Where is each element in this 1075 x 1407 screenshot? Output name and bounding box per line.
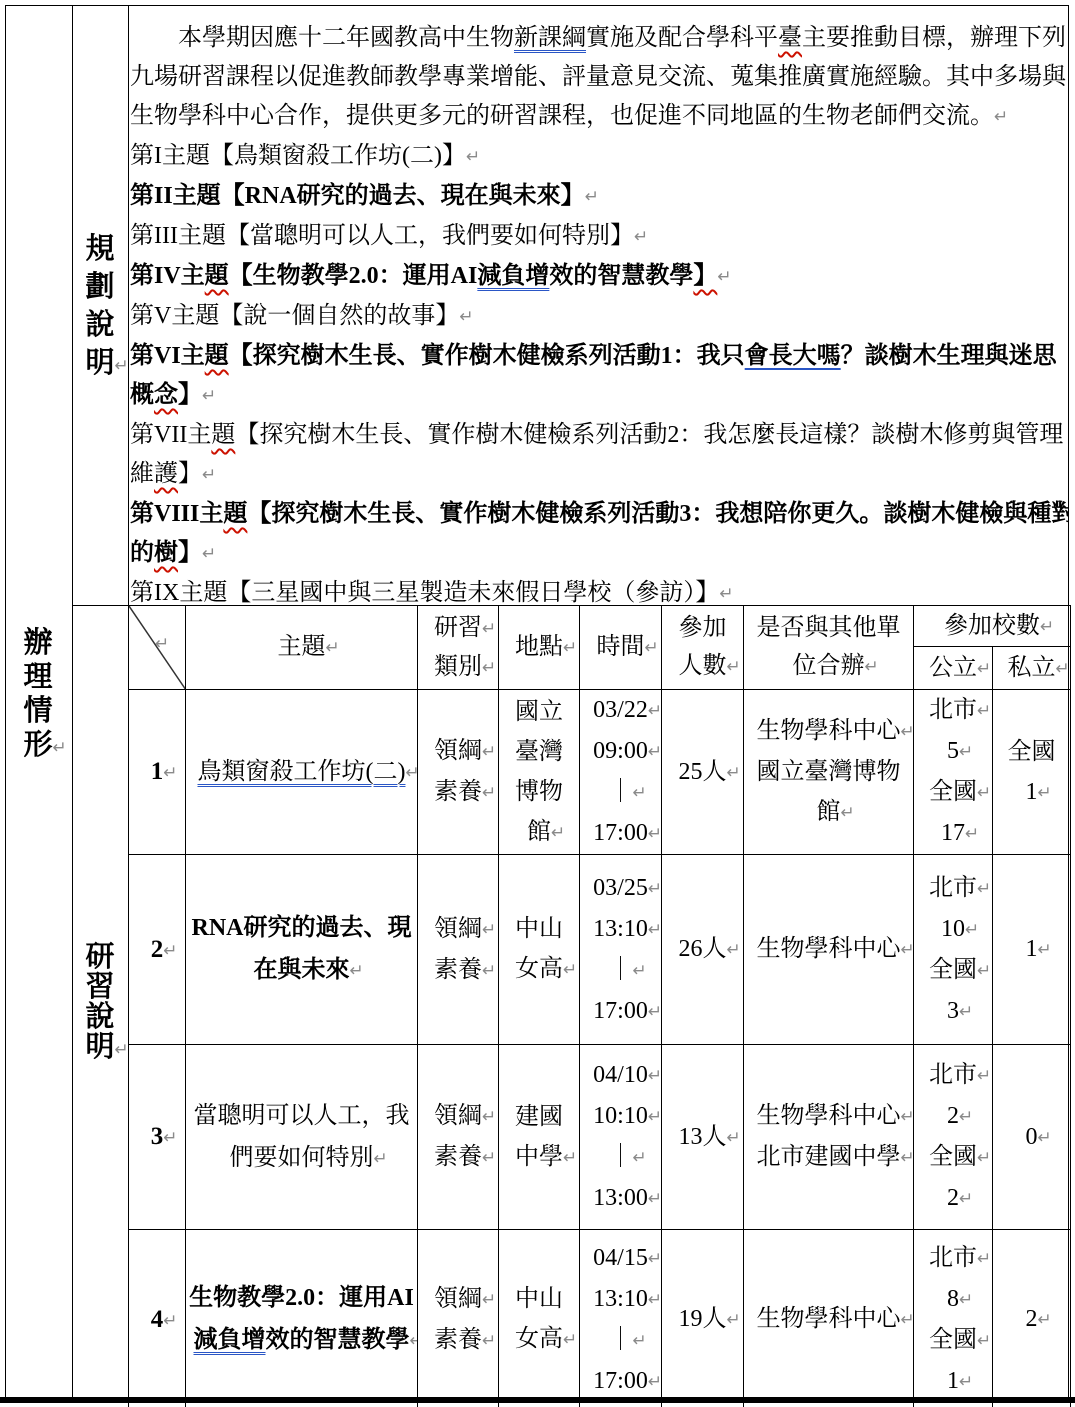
vertical-label-char: 理 bbox=[6, 660, 70, 694]
cell-line: 館↵ bbox=[499, 812, 579, 853]
vertical-label-char: 習 bbox=[73, 972, 127, 1002]
category-cell: 領綱↵素養↵ bbox=[418, 1230, 499, 1407]
text-run: 主要推動目標，辦理下列 bbox=[802, 25, 1066, 51]
text-run: 生物學科中心 bbox=[757, 1306, 901, 1332]
cell-line: 03/22↵ bbox=[580, 690, 661, 731]
cell-line: 類別↵ bbox=[418, 648, 498, 687]
cell-line: 人數↵ bbox=[662, 647, 743, 686]
vertical-label-char: 明↵ bbox=[73, 1032, 127, 1065]
coorg-cell: 生物學科中心↵ bbox=[744, 1230, 914, 1407]
text-run: 10 bbox=[941, 916, 965, 942]
table-row: 1↵鳥類窗殺工作坊(二)↵領綱↵素養↵國立臺灣博物館↵03/22↵09:00↵｜… bbox=[129, 690, 1071, 855]
cell-line: ｜↵ bbox=[580, 950, 661, 991]
text-run: 【探究樹木生長、實作樹木健檢系列活動1：我只 bbox=[229, 343, 745, 369]
text-run: 女高 bbox=[515, 1326, 563, 1352]
text-run: 實施及配合學科 bbox=[586, 25, 754, 51]
text-run: 效的智慧教學 bbox=[549, 263, 693, 289]
cell-line: 時間↵ bbox=[580, 628, 661, 667]
header-topic: 主題↵ bbox=[186, 606, 418, 690]
text-run: 會長大嗎 bbox=[745, 343, 841, 369]
text-run: 中山 bbox=[515, 1286, 563, 1312]
text-run: 新課綱 bbox=[514, 25, 586, 51]
text-run: 04/10 bbox=[593, 1062, 648, 1088]
table-header-row: ↵ 主題↵ 研習↵類別↵ 地點↵ 時間↵ 參加人數↵ 是否與其他單位合辦↵ 參加… bbox=[129, 606, 1071, 647]
private-schools-cell: 全國1↵ bbox=[993, 690, 1071, 855]
planning-line: 本學期因應十二年國教高中生物新課綱實施及配合學科平臺主要推動目標，辦理下列 bbox=[130, 19, 1069, 58]
cell-line: 生物學科中心↵ bbox=[744, 929, 913, 970]
text-run: 的 bbox=[130, 540, 154, 566]
text-run: 03/22 bbox=[593, 697, 648, 723]
category-cell: 領綱↵素養↵ bbox=[418, 690, 499, 855]
text-run: 生物學科中心 bbox=[757, 718, 901, 744]
text-run: 博物 bbox=[515, 779, 563, 805]
header-participants: 參加人數↵ bbox=[662, 606, 744, 690]
planning-line: 維護】↵ bbox=[130, 455, 1069, 495]
cell-line: 2↵ bbox=[914, 1096, 992, 1137]
text-run: 17 bbox=[941, 820, 965, 846]
text-run: 樹 bbox=[154, 540, 178, 566]
text-run: 素養 bbox=[434, 1144, 482, 1170]
cell-line: ｜↵ bbox=[580, 1137, 661, 1178]
time-cell: 04/15↵13:10↵｜↵17:00↵ bbox=[580, 1230, 662, 1407]
text-run: 第IX主題【三星國中與三星製造未來假日學校（參訪）】 bbox=[130, 580, 719, 604]
text-run: 第VI主 bbox=[130, 343, 205, 369]
planning-line: 的樹】↵ bbox=[130, 534, 1069, 574]
planning-line: 第II主題【RNA研究的過去、現在與未來】↵ bbox=[130, 177, 1069, 217]
cell-line: 全國↵ bbox=[914, 950, 992, 991]
cell-line: 當聰明可以人工，我 bbox=[186, 1095, 417, 1137]
location-cell: 中山女高↵ bbox=[499, 1230, 580, 1407]
text-run: 領綱 bbox=[434, 1103, 482, 1129]
cell-line: 10:10↵ bbox=[580, 1096, 661, 1137]
text-run: 減負增 bbox=[194, 1327, 266, 1353]
text-run: 【探究樹木生長、實作樹木健檢系列活動3：我想陪你更久。談樹木健檢與種對 bbox=[247, 501, 1069, 527]
text-run: 館 bbox=[527, 819, 551, 845]
workshop-table: ↵ 主題↵ 研習↵類別↵ 地點↵ 時間↵ 參加人數↵ 是否與其他單位合辦↵ 參加… bbox=[128, 605, 1071, 1407]
text-run: 第VIII主 bbox=[130, 501, 223, 527]
cell-line: 地點↵ bbox=[499, 628, 579, 667]
topic-link[interactable]: 鳥類窗殺工作坊(二) bbox=[198, 759, 406, 785]
coorg-cell: 生物學科中心↵國立臺灣博物館↵ bbox=[744, 690, 914, 855]
text-run: 2 bbox=[947, 1103, 959, 1129]
cell-line: RNA研究的過去、現 bbox=[186, 907, 417, 949]
planning-line: 第I主題【鳥類窗殺工作坊(二)】↵ bbox=[130, 137, 1069, 177]
vertical-label-char: 說 bbox=[73, 1002, 127, 1032]
planning-line: 第III主題【當聰明可以人工，我們要如何特別】↵ bbox=[130, 217, 1069, 257]
vertical-label-char: 情 bbox=[6, 694, 70, 728]
cell-line: 博物 bbox=[499, 772, 579, 812]
text-run: 素養 bbox=[434, 1327, 482, 1353]
text-run: 生物學科中心 bbox=[757, 1103, 901, 1129]
text-run: RNA研究的過去、現 bbox=[192, 915, 412, 941]
cell-line: 北市↵ bbox=[914, 1238, 992, 1279]
cell-line: 鳥類窗殺工作坊(二)↵ bbox=[186, 751, 417, 794]
text-run: 第IV主 bbox=[130, 263, 205, 289]
cell-line: 26人↵ bbox=[662, 929, 743, 970]
private-schools-cell: 1↵ bbox=[993, 855, 1071, 1045]
text-run: 】 bbox=[178, 461, 202, 487]
coorg-cell: 生物學科中心↵北市建國中學↵ bbox=[744, 1045, 914, 1230]
cell-line: 17:00↵ bbox=[580, 813, 661, 854]
cell-line: 1↵ bbox=[993, 929, 1070, 970]
text-run: 1 bbox=[1026, 936, 1038, 962]
text-run: 17:00 bbox=[593, 998, 648, 1024]
text-run: 念 bbox=[154, 382, 178, 408]
text-run: 5 bbox=[947, 738, 959, 764]
text-run: 2 bbox=[947, 1185, 959, 1211]
text-run: 13:10 bbox=[593, 1286, 648, 1312]
text-run: 國立 bbox=[515, 699, 563, 725]
cell-line: ｜↵ bbox=[580, 1320, 661, 1361]
cell-line: 北市↵ bbox=[914, 868, 992, 909]
planning-section-label: 規劃說明↵ bbox=[73, 230, 127, 385]
cell-line: 13:00↵ bbox=[580, 1178, 661, 1219]
cell-line: 17:00↵ bbox=[580, 991, 661, 1032]
topic-cell: 生物教學2.0：運用AI減負增效的智慧教學↵ bbox=[186, 1230, 418, 1407]
cell-line: 1↵ bbox=[993, 772, 1070, 813]
vertical-label-char: 明↵ bbox=[73, 344, 127, 385]
cell-line: 參加 bbox=[662, 609, 743, 647]
row-number: 2↵ bbox=[129, 855, 186, 1045]
cell-line: 17:00↵ bbox=[580, 1361, 661, 1402]
table-row: 2↵RNA研究的過去、現在與未來↵領綱↵素養↵中山女高↵03/25↵13:10↵… bbox=[129, 855, 1071, 1045]
text-run: ｜ bbox=[609, 957, 633, 983]
cell-line: 女高↵ bbox=[499, 949, 579, 990]
row-number: 3↵ bbox=[129, 1045, 186, 1230]
text-run: 03/25 bbox=[593, 875, 648, 901]
cell-line: 10↵ bbox=[914, 909, 992, 950]
text-run: 第II主題【RNA研究的過去、現在與未來】 bbox=[130, 183, 585, 209]
cell-line: 參加校數↵ bbox=[914, 607, 1070, 646]
text-run: 1 bbox=[947, 1368, 959, 1394]
text-run: 九場研習課程以促進教師教學專業增能、評量意見交流、蒐集推廣實施經驗。其中多場與 bbox=[130, 64, 1066, 90]
text-run: 【生物教學2.0：運用AI bbox=[229, 263, 478, 289]
text-run: 減負增 bbox=[477, 263, 549, 289]
text-run: 26人 bbox=[679, 936, 727, 962]
text-run: 第VII主 bbox=[130, 422, 211, 448]
text-run: 領綱 bbox=[434, 916, 482, 942]
text-run: 維 bbox=[130, 461, 154, 487]
cell-line: 13人↵ bbox=[662, 1117, 743, 1158]
planning-line: 九場研習課程以促進教師教學專業增能、評量意見交流、蒐集推廣實施經驗。其中多場與 bbox=[130, 58, 1069, 97]
text-run: 2 bbox=[151, 936, 164, 963]
text-run: 】 bbox=[178, 382, 202, 408]
text-run: 建國 bbox=[515, 1104, 563, 1130]
text-run: 女高 bbox=[515, 956, 563, 982]
text-run: 3 bbox=[151, 1123, 164, 1150]
participants-cell: 19人↵ bbox=[662, 1230, 744, 1407]
text-run: 全國 bbox=[929, 1144, 977, 1170]
vertical-label-char: 形↵ bbox=[6, 728, 70, 765]
cell-line: 建國 bbox=[499, 1097, 579, 1137]
cell-line: 領綱↵ bbox=[418, 1096, 498, 1137]
text-run: 當聰明可以人工，我 bbox=[194, 1103, 410, 1129]
planning-line: 第VII主題【探究樹木生長、實作樹木健檢系列活動2：我怎麼長這樣？談樹木修剪與管… bbox=[130, 416, 1069, 455]
text-run: 時間 bbox=[597, 634, 645, 660]
cell-line: 北市建國中學↵ bbox=[744, 1137, 913, 1178]
topic-cell: RNA研究的過去、現在與未來↵ bbox=[186, 855, 418, 1045]
planning-content: 本學期因應十二年國教高中生物新課綱實施及配合學科平臺主要推動目標，辦理下列九場研… bbox=[130, 5, 1069, 604]
coorg-cell: 生物學科中心↵ bbox=[744, 855, 914, 1045]
header-corner-cell: ↵ bbox=[129, 606, 186, 690]
topic-cell: 鳥類窗殺工作坊(二)↵ bbox=[186, 690, 418, 855]
cell-line: 位合辦↵ bbox=[744, 647, 913, 686]
text-run: 研習 bbox=[434, 615, 482, 641]
text-run: 13人 bbox=[679, 1124, 727, 1150]
text-run: 類別 bbox=[434, 654, 482, 680]
planning-line: 第V主題【說一個自然的故事】↵ bbox=[130, 297, 1069, 337]
public-schools-cell: 北市↵5↵全國↵17↵ bbox=[914, 690, 993, 855]
header-public: 公立↵ bbox=[914, 647, 993, 690]
text-run: 題 bbox=[223, 501, 247, 527]
cell-line: 國立臺灣博物 bbox=[744, 752, 913, 792]
cell-line: 全國↵ bbox=[914, 1320, 992, 1361]
cell-line: 生物教學2.0：運用AI bbox=[186, 1277, 417, 1319]
location-cell: 中山女高↵ bbox=[499, 855, 580, 1045]
text-run: ？談樹木生理與迷思 bbox=[841, 343, 1057, 369]
cell-line: 國立 bbox=[499, 692, 579, 732]
cell-line: 全國↵ bbox=[914, 1137, 992, 1178]
outer-section-label: 辦理情形↵ bbox=[6, 626, 70, 765]
text-run: 效的智慧教學 bbox=[266, 1327, 410, 1353]
cell-line: 04/15↵ bbox=[580, 1238, 661, 1279]
text-run: 北市 bbox=[929, 1062, 977, 1088]
text-run: 17:00 bbox=[593, 820, 648, 846]
text-run: 0 bbox=[1026, 1124, 1038, 1150]
table-row: 3↵當聰明可以人工，我們要如何特別↵領綱↵素養↵建國中學↵04/10↵10:10… bbox=[129, 1045, 1071, 1230]
text-run: 是否與其他單 bbox=[757, 615, 901, 641]
cell-line: 8↵ bbox=[914, 1279, 992, 1320]
cell-line: 09:00↵ bbox=[580, 731, 661, 772]
cell-line: 素養↵ bbox=[418, 1137, 498, 1178]
cell-line: 素養↵ bbox=[418, 1320, 498, 1361]
text-run: 25人 bbox=[679, 759, 727, 785]
column-divider bbox=[128, 5, 129, 605]
table-row: 4↵生物教學2.0：運用AI減負增效的智慧教學↵領綱↵素養↵中山女高↵04/15… bbox=[129, 1230, 1071, 1407]
text-run: 地點 bbox=[515, 634, 563, 660]
public-schools-cell: 北市↵8↵全國↵1↵ bbox=[914, 1230, 993, 1407]
private-schools-cell: 2↵ bbox=[993, 1230, 1071, 1407]
text-run: 全國 bbox=[929, 779, 977, 805]
text-run: 主題 bbox=[278, 634, 326, 660]
text-run: 位合辦 bbox=[793, 653, 865, 679]
text-run: 04/15 bbox=[593, 1245, 648, 1271]
cell-line: 2↵ bbox=[914, 1178, 992, 1219]
text-run: 生物學科中心 bbox=[757, 936, 901, 962]
planning-line: 第IV主題【生物教學2.0：運用AI減負增效的智慧教學】↵ bbox=[130, 257, 1069, 297]
cell-line: 研習↵ bbox=[418, 609, 498, 648]
text-run: 第III主題【當聰明可以人工，我們要如何特別】 bbox=[130, 223, 634, 249]
column-divider bbox=[72, 5, 73, 1401]
text-run: 1 bbox=[1026, 779, 1038, 805]
text-run: 臺灣 bbox=[515, 739, 563, 765]
cell-line: 領綱↵ bbox=[418, 1279, 498, 1320]
cell-line: 在與未來↵ bbox=[186, 949, 417, 992]
location-cell: 國立臺灣博物館↵ bbox=[499, 690, 580, 855]
text-run: 館 bbox=[817, 799, 841, 825]
text-run: 全國 bbox=[1008, 739, 1056, 765]
time-cell: 04/10↵10:10↵｜↵13:00↵ bbox=[580, 1045, 662, 1230]
text-run: 北市 bbox=[929, 697, 977, 723]
text-run: 中山 bbox=[515, 916, 563, 942]
text-run: 】 bbox=[178, 540, 202, 566]
cell-line: 2↵ bbox=[993, 1299, 1070, 1340]
text-run: 2 bbox=[1026, 1306, 1038, 1332]
paragraph-mark: ↵ bbox=[155, 634, 169, 654]
text-run: 中學 bbox=[515, 1144, 563, 1170]
text-run: ｜ bbox=[609, 779, 633, 805]
planning-line: 第VI主題【探究樹木生長、實作樹木健檢系列活動1：我只會長大嗎？談樹木生理與迷思 bbox=[130, 337, 1069, 376]
text-run: 8 bbox=[947, 1286, 959, 1312]
cell-line: 全國↵ bbox=[914, 772, 992, 813]
planning-line: 生物學科中心合作，提供更多元的研習課程，也促進不同地區的生物老師們交流。↵ bbox=[130, 97, 1069, 137]
cell-line: 19人↵ bbox=[662, 1299, 743, 1340]
row-number: 1↵ bbox=[129, 690, 186, 855]
planning-line: 第VIII主題【探究樹木生長、實作樹木健檢系列活動3：我想陪你更久。談樹木健檢與… bbox=[130, 495, 1069, 534]
text-run: 13:00 bbox=[593, 1185, 648, 1211]
cell-line: 領綱↵ bbox=[418, 731, 498, 772]
text-run: 素養 bbox=[434, 779, 482, 805]
cell-line: 館↵ bbox=[744, 792, 913, 833]
text-run: 題 bbox=[205, 343, 229, 369]
cell-line: 北市↵ bbox=[914, 690, 992, 731]
text-run: 私立 bbox=[1008, 655, 1056, 681]
text-run: 19人 bbox=[679, 1306, 727, 1332]
cell-line: 生物學科中心↵ bbox=[744, 711, 913, 752]
cell-line: 生物學科中心↵ bbox=[744, 1299, 913, 1340]
text-run: 全國 bbox=[929, 1327, 977, 1353]
text-run: 本學期因應十二年國教高中生物 bbox=[178, 25, 514, 51]
vertical-label-char: 說 bbox=[73, 306, 127, 344]
text-run: 們要如何特別 bbox=[230, 1145, 374, 1171]
cell-line: 中山 bbox=[499, 1279, 579, 1319]
text-run: 生物學科中心合作，提供更多元的研習課程，也促進不同地區的生物老師們交流。 bbox=[130, 103, 994, 129]
cell-line: 13:10↵ bbox=[580, 909, 661, 950]
cell-line: 減負增效的智慧教學↵ bbox=[186, 1319, 417, 1362]
category-cell: 領綱↵素養↵ bbox=[418, 1045, 499, 1230]
time-cell: 03/22↵09:00↵｜↵17:00↵ bbox=[580, 690, 662, 855]
participants-cell: 13人↵ bbox=[662, 1045, 744, 1230]
text-run: ｜ bbox=[609, 1327, 633, 1353]
text-run: 生物教學2.0：運用AI bbox=[189, 1285, 414, 1311]
text-run: 09:00 bbox=[593, 738, 648, 764]
header-time: 時間↵ bbox=[580, 606, 662, 690]
text-run: 參加 bbox=[679, 615, 727, 641]
vertical-label-char: 辦 bbox=[6, 626, 70, 660]
cell-line: 是否與其他單 bbox=[744, 609, 913, 647]
cell-line: 中山 bbox=[499, 909, 579, 949]
text-run: 第V主題【說一個自然的故事】 bbox=[130, 303, 459, 329]
header-private: 私立↵ bbox=[993, 647, 1071, 690]
cell-line: 17↵ bbox=[914, 813, 992, 854]
cell-line: 25人↵ bbox=[662, 752, 743, 793]
text-run: 全國 bbox=[929, 957, 977, 983]
cell-line: 1↵ bbox=[914, 1361, 992, 1402]
row-number: 4↵ bbox=[129, 1230, 186, 1407]
text-run: 國立臺灣博物 bbox=[757, 759, 901, 785]
participants-cell: 26人↵ bbox=[662, 855, 744, 1045]
cell-line: 領綱↵ bbox=[418, 909, 498, 950]
cell-line: 素養↵ bbox=[418, 772, 498, 813]
text-run: 在與未來 bbox=[254, 957, 350, 983]
text-run: 參加校數 bbox=[944, 613, 1040, 639]
text-run: 領綱 bbox=[434, 738, 482, 764]
vertical-label-char: 規 bbox=[73, 230, 127, 268]
vertical-label-char: 劃 bbox=[73, 268, 127, 306]
planning-line: 概念】↵ bbox=[130, 376, 1069, 416]
topic-cell: 當聰明可以人工，我們要如何特別↵ bbox=[186, 1045, 418, 1230]
text-run: 題 bbox=[211, 422, 235, 448]
cell-line: 13:10↵ bbox=[580, 1279, 661, 1320]
cell-line: 04/10↵ bbox=[580, 1055, 661, 1096]
header-location: 地點↵ bbox=[499, 606, 580, 690]
cell-line: ｜↵ bbox=[580, 772, 661, 813]
location-cell: 建國中學↵ bbox=[499, 1045, 580, 1230]
cell-line: 女高↵ bbox=[499, 1319, 579, 1360]
cell-line: 私立↵ bbox=[993, 649, 1070, 688]
text-run: 北市 bbox=[929, 875, 977, 901]
cell-line: 北市↵ bbox=[914, 1055, 992, 1096]
cell-line: 們要如何特別↵ bbox=[186, 1137, 417, 1180]
text-run: 【探究樹木生長、實作樹木健檢系列活動2：我怎麼長這樣？談樹木修剪與管理 bbox=[235, 422, 1063, 448]
public-schools-cell: 北市↵2↵全國↵2↵ bbox=[914, 1045, 993, 1230]
text-run: 4 bbox=[151, 1306, 164, 1333]
category-cell: 領綱↵素養↵ bbox=[418, 855, 499, 1045]
text-run: 3 bbox=[947, 998, 959, 1024]
participants-cell: 25人↵ bbox=[662, 690, 744, 855]
text-run: 10:10 bbox=[593, 1103, 648, 1129]
text-run: 第I主題【鳥類窗殺工作坊(二)】 bbox=[130, 143, 466, 169]
text-run: 臺 bbox=[778, 25, 802, 51]
vertical-label-char: 研 bbox=[73, 942, 127, 972]
cell-line: 素養↵ bbox=[418, 950, 498, 991]
planning-line: 第IX主題【三星國中與三星製造未來假日學校（參訪）】↵ bbox=[130, 574, 1069, 604]
text-run: 北市建國中學 bbox=[757, 1144, 901, 1170]
cell-line: 臺灣 bbox=[499, 732, 579, 772]
cell-line: 公立↵ bbox=[914, 649, 992, 688]
text-run: 17:00 bbox=[593, 1368, 648, 1394]
text-run: 護 bbox=[154, 461, 178, 487]
text-run: 1 bbox=[151, 758, 164, 785]
text-run: 題 bbox=[205, 263, 229, 289]
text-run: 素養 bbox=[434, 957, 482, 983]
text-run: 公立 bbox=[929, 655, 977, 681]
text-run: 人數 bbox=[679, 653, 727, 679]
text-run: ｜ bbox=[609, 1144, 633, 1170]
header-coorg: 是否與其他單位合辦↵ bbox=[744, 606, 914, 690]
cell-line: 3↵ bbox=[914, 991, 992, 1032]
workshop-section-label: 研習說明↵ bbox=[73, 942, 127, 1065]
cell-line: 5↵ bbox=[914, 731, 992, 772]
text-run: 】 bbox=[693, 263, 717, 289]
cell-line: 03/25↵ bbox=[580, 868, 661, 909]
cell-line: 0↵ bbox=[993, 1117, 1070, 1158]
text-run: 平 bbox=[754, 25, 778, 51]
header-schools: 參加校數↵ bbox=[914, 606, 1071, 647]
text-run: 概 bbox=[130, 382, 154, 408]
cell-line: 主題↵ bbox=[186, 628, 417, 667]
public-schools-cell: 北市↵10↵全國↵3↵ bbox=[914, 855, 993, 1045]
cell-line: 中學↵ bbox=[499, 1137, 579, 1178]
text-run: 領綱 bbox=[434, 1286, 482, 1312]
cell-line: 生物學科中心↵ bbox=[744, 1096, 913, 1137]
time-cell: 03/25↵13:10↵｜↵17:00↵ bbox=[580, 855, 662, 1045]
text-run: 北市 bbox=[929, 1245, 977, 1271]
private-schools-cell: 0↵ bbox=[993, 1045, 1071, 1230]
text-run: 13:10 bbox=[593, 916, 648, 942]
cell-line: 全國 bbox=[993, 732, 1070, 772]
header-category: 研習↵類別↵ bbox=[418, 606, 499, 690]
